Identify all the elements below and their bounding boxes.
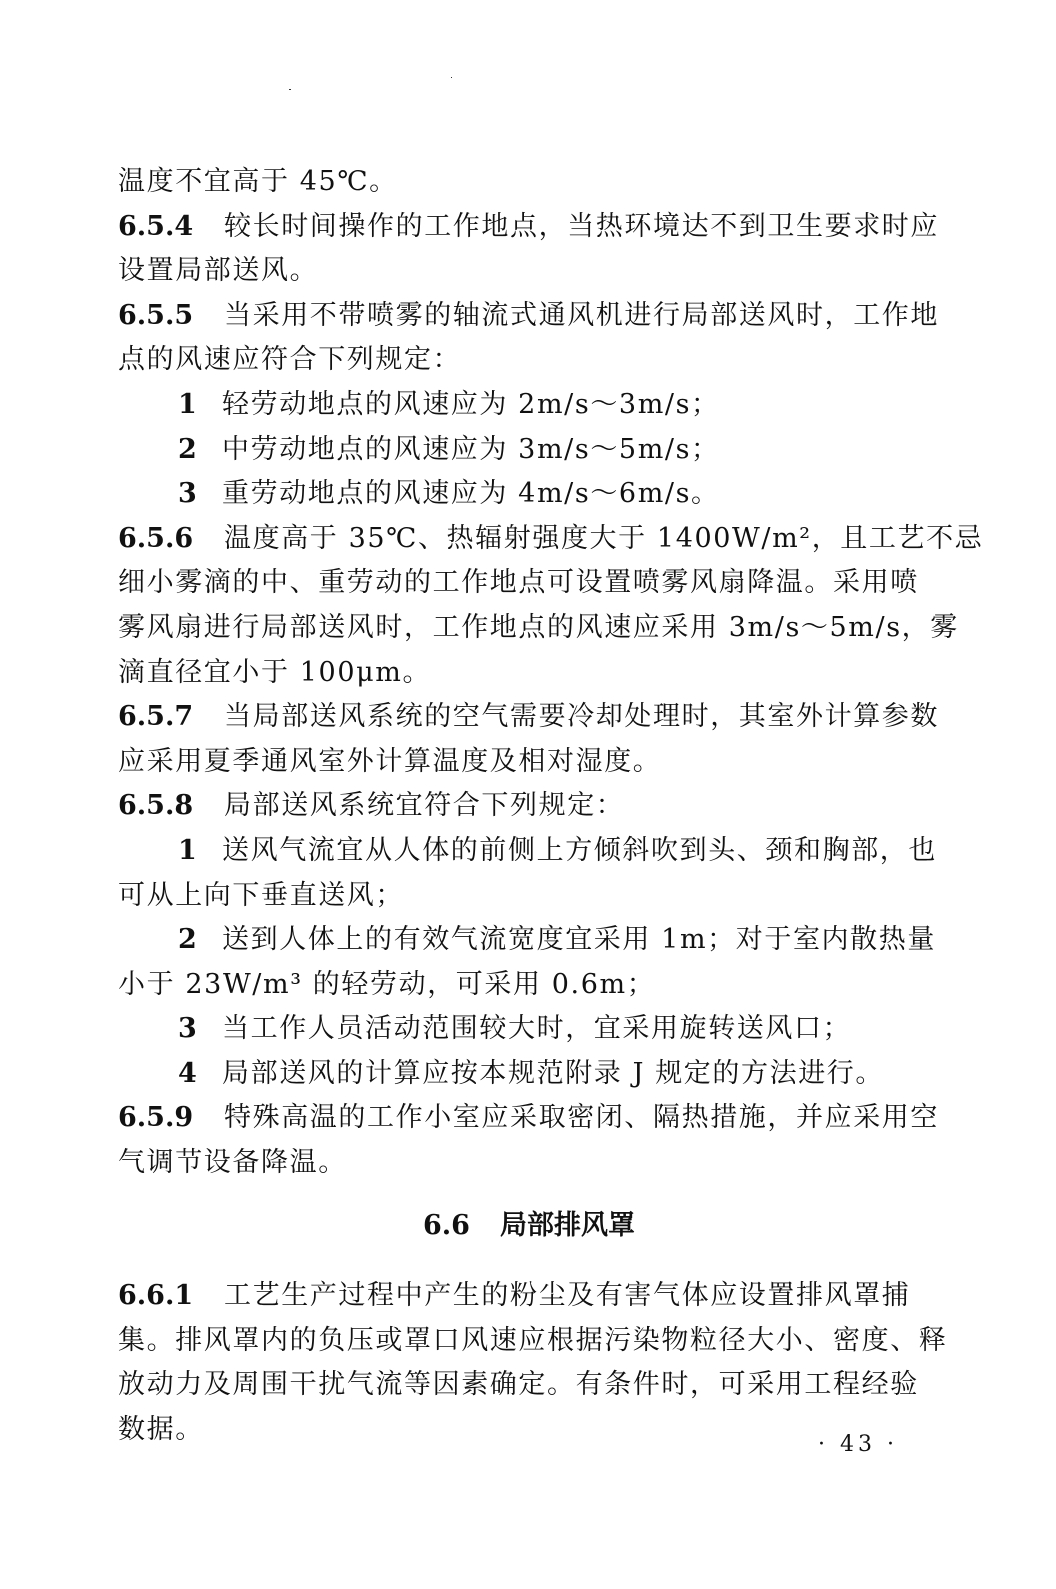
list-item: 2送到人体上的有效气流宽度宜采用 1m；对于室内散热量 xyxy=(118,918,940,963)
clause-6-5-6: 6.5.6温度高于 35℃、热辐射强度大于 1400W/m²，且工艺不忌 xyxy=(118,517,940,562)
scan-speck xyxy=(451,77,452,78)
list-item: 2中劳动地点的风速应为 3m/s～5m/s； xyxy=(118,428,940,473)
clause-6-5-9: 6.5.9特殊高温的工作小室应采取密闭、隔热措施，并应采用空 xyxy=(118,1096,940,1141)
clause-6-5-5: 6.5.5当采用不带喷雾的轴流式通风机进行局部送风时，工作地 xyxy=(118,294,940,339)
clause-text-line: 放动力及周围干扰气流等因素确定。有条件时，可采用工程经验 xyxy=(118,1363,940,1408)
clause-text: 局部送风系统宜符合下列规定： xyxy=(224,790,624,821)
scan-speck xyxy=(289,89,291,90)
clause-text-line: 集。排风罩内的负压或罩口风速应根据污染物粒径大小、密度、释 xyxy=(118,1319,940,1364)
item-number: 2 xyxy=(178,428,222,473)
list-item: 3重劳动地点的风速应为 4m/s～6m/s。 xyxy=(118,472,940,517)
item-number: 4 xyxy=(178,1052,222,1097)
clause-text-line: 设置局部送风。 xyxy=(118,249,940,294)
clause-6-6-1: 6.6.1工艺生产过程中产生的粉尘及有害气体应设置排风罩捕 xyxy=(118,1274,940,1319)
clause-number: 6.5.7 xyxy=(118,695,224,740)
item-number: 2 xyxy=(178,918,222,963)
section-heading: 6.6局部排风罩 xyxy=(118,1204,940,1249)
list-item: 1送风气流宜从人体的前侧上方倾斜吹到头、颈和胸部，也 xyxy=(118,829,940,874)
item-number: 3 xyxy=(178,1007,222,1052)
document-page: 温度不宜高于 45℃。 6.5.4较长时间操作的工作地点，当热环境达不到卫生要求… xyxy=(118,160,940,1453)
clause-6-5-8: 6.5.8局部送风系统宜符合下列规定： xyxy=(118,784,940,829)
item-number: 1 xyxy=(178,829,222,874)
clause-number: 6.5.8 xyxy=(118,784,224,829)
clause-text-line: 气调节设备降温。 xyxy=(118,1141,940,1186)
clause-text-line: 细小雾滴的中、重劳动的工作地点可设置喷雾风扇降温。采用喷 xyxy=(118,561,940,606)
clause-text: 当采用不带喷雾的轴流式通风机进行局部送风时，工作地 xyxy=(224,300,939,331)
item-text: 中劳动地点的风速应为 3m/s～5m/s； xyxy=(222,434,720,465)
list-item-continuation: 可从上向下垂直送风； xyxy=(118,874,940,919)
list-item: 1轻劳动地点的风速应为 2m/s～3m/s； xyxy=(118,383,940,428)
section-number: 6.6 xyxy=(423,1210,470,1241)
clause-number: 6.5.6 xyxy=(118,517,224,562)
list-item: 3当工作人员活动范围较大时，宜采用旋转送风口； xyxy=(118,1007,940,1052)
item-number: 1 xyxy=(178,383,222,428)
clause-text-line: 应采用夏季通风室外计算温度及相对湿度。 xyxy=(118,740,940,785)
clause-number: 6.6.1 xyxy=(118,1274,224,1319)
clause-text: 工艺生产过程中产生的粉尘及有害气体应设置排风罩捕 xyxy=(224,1280,910,1311)
clause-text-line: 点的风速应符合下列规定： xyxy=(118,338,940,383)
clause-number: 6.5.5 xyxy=(118,294,224,339)
clause-text-line: 滴直径宜小于 100μm。 xyxy=(118,651,940,696)
clause-text: 当局部送风系统的空气需要冷却处理时，其室外计算参数 xyxy=(224,701,939,732)
clause-text: 温度高于 35℃、热辐射强度大于 1400W/m²，且工艺不忌 xyxy=(224,523,983,554)
clause-text: 较长时间操作的工作地点，当热环境达不到卫生要求时应 xyxy=(224,211,939,242)
paragraph-continuation: 温度不宜高于 45℃。 xyxy=(118,160,940,205)
clause-text: 特殊高温的工作小室应采取密闭、隔热措施，并应采用空 xyxy=(224,1102,939,1133)
clause-text-line: 雾风扇进行局部送风时，工作地点的风速应采用 3m/s～5m/s，雾 xyxy=(118,606,940,651)
item-text: 送到人体上的有效气流宽度宜采用 1m；对于室内散热量 xyxy=(222,924,936,955)
item-text: 当工作人员活动范围较大时，宜采用旋转送风口； xyxy=(222,1013,851,1044)
page-number: · 43 · xyxy=(818,1432,898,1457)
clause-6-5-7: 6.5.7当局部送风系统的空气需要冷却处理时，其室外计算参数 xyxy=(118,695,940,740)
item-text: 轻劳动地点的风速应为 2m/s～3m/s； xyxy=(222,389,720,420)
item-text: 重劳动地点的风速应为 4m/s～6m/s。 xyxy=(222,478,720,509)
list-item-continuation: 小于 23W/m³ 的轻劳动，可采用 0.6m； xyxy=(118,963,940,1008)
list-item: 4局部送风的计算应按本规范附录 J 规定的方法进行。 xyxy=(118,1052,940,1097)
clause-6-5-4: 6.5.4较长时间操作的工作地点，当热环境达不到卫生要求时应 xyxy=(118,205,940,250)
clause-number: 6.5.4 xyxy=(118,205,224,250)
item-text: 送风气流宜从人体的前侧上方倾斜吹到头、颈和胸部，也 xyxy=(222,835,937,866)
clause-number: 6.5.9 xyxy=(118,1096,224,1141)
clause-text-line: 数据。 xyxy=(118,1408,940,1453)
item-number: 3 xyxy=(178,472,222,517)
item-text: 局部送风的计算应按本规范附录 J 规定的方法进行。 xyxy=(222,1058,884,1089)
section-title: 局部排风罩 xyxy=(500,1210,635,1241)
